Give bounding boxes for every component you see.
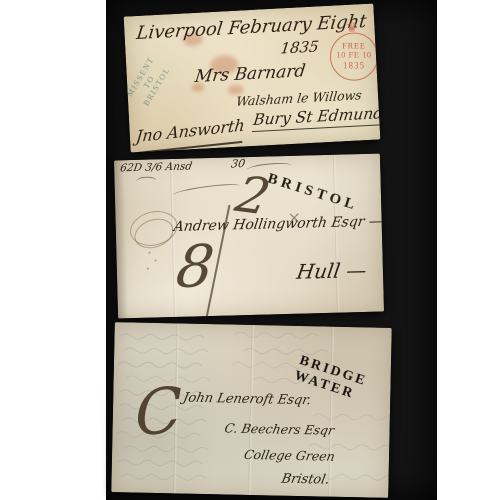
cover-liverpool-free-front: Liverpool February Eight 1835 ♛ FREE 10 …: [124, 4, 381, 153]
cover-bristol-entire: 62D 3/6 Ansd 30 BRISTOL 2 8 × Andrew Hol…: [114, 154, 384, 319]
address-care-of: C. Beechers Esqr: [223, 422, 335, 437]
free-stamp-date: 10 FE 10: [331, 51, 377, 61]
address-recipient: John Leneroft Esqr.: [182, 392, 312, 408]
rate-swash: [173, 182, 242, 200]
free-frank-stamp: ♛ FREE 10 FE 10 1835: [330, 33, 378, 81]
address-town: Hull —: [295, 260, 367, 282]
bristol-straightline-stamp: BRISTOL: [265, 170, 360, 215]
fold-flap-edge: [114, 160, 128, 318]
handwritten-dateline: Liverpool February Eight: [135, 13, 367, 43]
free-stamp-year: 1835: [331, 61, 377, 71]
manuscript-charge-mark: C: [135, 372, 183, 451]
fold-crease: [333, 155, 340, 313]
ink-speck: [148, 252, 150, 254]
ink-speck: [155, 259, 157, 261]
cover-bridgwater-entire: BRIDGE WATER C John Leneroft Esqr. C. Be…: [111, 322, 391, 498]
handwritten-year: 1835: [280, 39, 320, 56]
frank-signature: Jno Answorth: [135, 117, 245, 145]
address-recipient: Mrs Barnard: [194, 63, 306, 86]
docket-note-left: 62D 3/6 Ansd: [119, 161, 192, 173]
photo-black-mat: Liverpool February Eight 1835 ♛ FREE 10 …: [106, 0, 437, 500]
address-town-text: Bury St Edmunds: [252, 104, 381, 132]
address-street: College Green: [243, 449, 336, 463]
address-recipient: Andrew Hollingworth Esqr —: [173, 214, 384, 234]
address-town: Bury St Edmunds: [252, 106, 380, 129]
ink-speck: [147, 268, 149, 270]
address-town: Bristol.: [280, 473, 330, 487]
crown-icon: ♛: [346, 21, 358, 36]
missent-to-bristol-stamp: MISSENT TO BRISTOL: [124, 50, 176, 113]
docket-underline: [136, 176, 156, 186]
